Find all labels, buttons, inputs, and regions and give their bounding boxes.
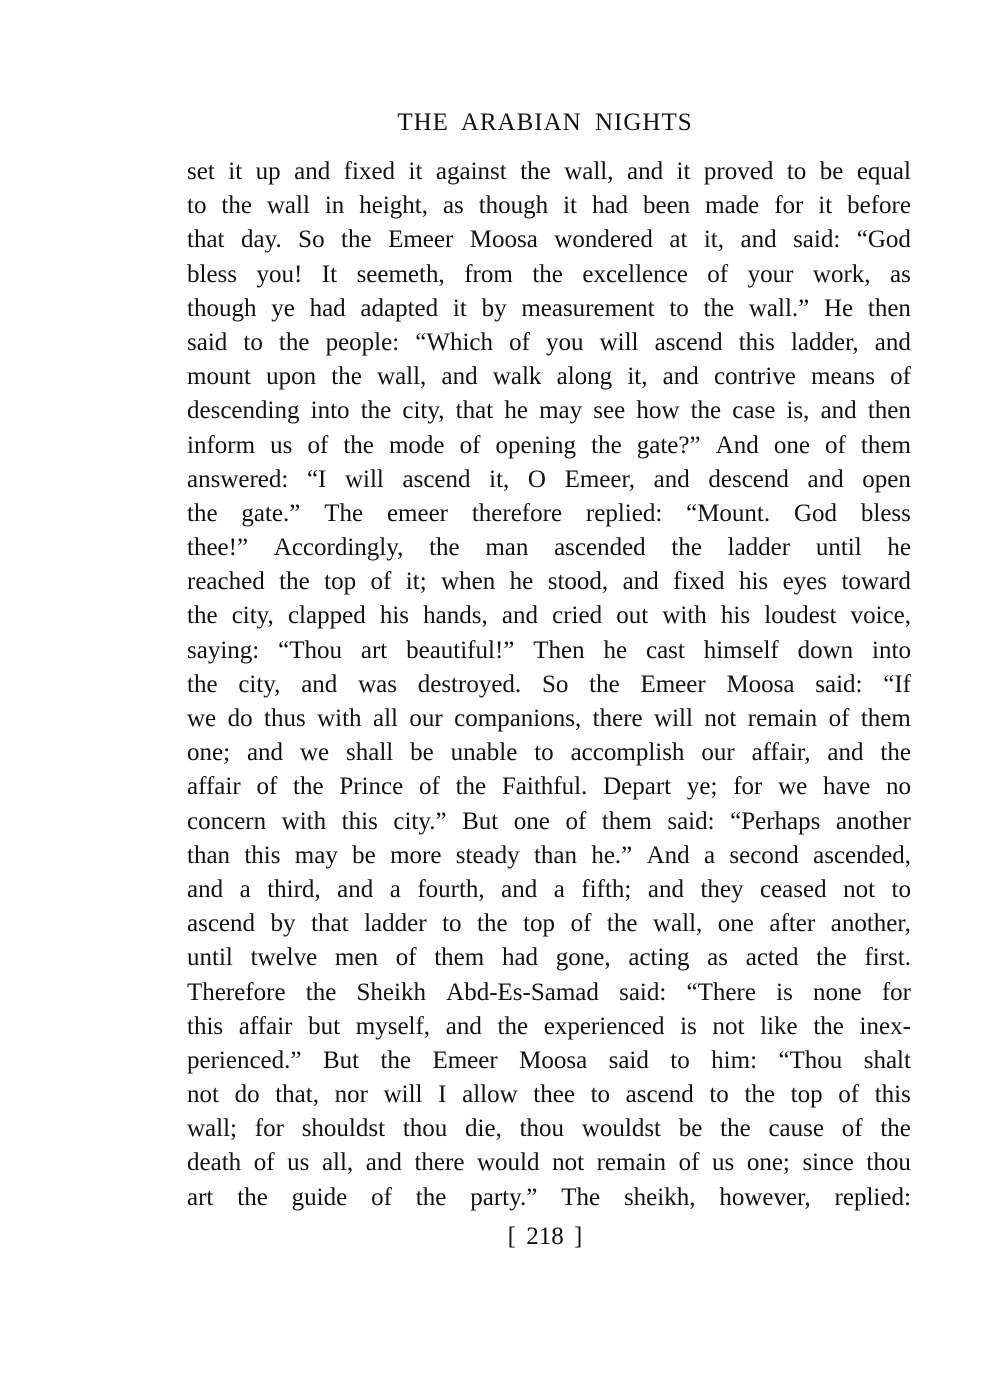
text-line: thee!”Accordingly,themanascendedtheladde… — [187, 531, 911, 565]
text-line: untiltwelvemenofthemhadgone,actingasacte… — [187, 941, 911, 975]
book-page: THE ARABIAN NIGHTS setitupandfixeditagai… — [0, 0, 1006, 1373]
text-line: thanthismaybemoresteadythanhe.”Andasecon… — [187, 839, 911, 873]
text-line: answered:“Iwillascendit,OEmeer,anddescen… — [187, 463, 911, 497]
text-line: blessyou!Itseemeth,fromtheexcellenceofyo… — [187, 258, 911, 292]
text-line: thegate.”Theemeerthereforereplied:“Mount… — [187, 497, 911, 531]
text-line: descendingintothecity,thathemayseehowthe… — [187, 394, 911, 428]
text-line: saidtothepeople:“Whichofyouwillascendthi… — [187, 326, 911, 360]
text-line: tothewallinheight,asthoughithadbeenmadef… — [187, 189, 911, 223]
page-number: [ 218 ] — [0, 1222, 1006, 1252]
text-line: wall;forshouldstthoudie,thouwouldstbethe… — [187, 1112, 911, 1146]
text-line: arttheguideoftheparty.”Thesheikh,however… — [187, 1181, 911, 1215]
text-line: wedothuswithallourcompanions,therewillno… — [187, 702, 911, 736]
text-line: perienced.”ButtheEmeerMoosasaidtohim:“Th… — [187, 1044, 911, 1078]
text-line: thisaffairbutmyself,andtheexperiencedisn… — [187, 1010, 911, 1044]
text-line: notdothat,norwillIallowtheetoascendtothe… — [187, 1078, 911, 1112]
text-line: mountuponthewall,andwalkalongit,andcontr… — [187, 360, 911, 394]
text-line: ThereforetheSheikhAbd-Es-Samadsaid:“Ther… — [187, 976, 911, 1010]
text-line: ascendbythatladdertothetopofthewall,onea… — [187, 907, 911, 941]
text-line: andathird,andafourth,andafifth;andtheyce… — [187, 873, 911, 907]
text-line: saying:“Thouartbeautiful!”Thenhecasthims… — [187, 634, 911, 668]
body-text: setitupandfixeditagainstthewall,anditpro… — [187, 155, 911, 1215]
text-line: thatday.SotheEmeerMoosawonderedatit,ands… — [187, 223, 911, 257]
text-line: thecity,andwasdestroyed.SotheEmeerMoosas… — [187, 668, 911, 702]
text-line: informusofthemodeofopeningthegate?”Andon… — [187, 429, 911, 463]
text-line: thecity,clappedhishands,andcriedoutwithh… — [187, 599, 911, 633]
text-line: affairofthePrinceoftheFaithful.Departye;… — [187, 770, 911, 804]
running-head: THE ARABIAN NIGHTS — [0, 108, 1006, 138]
text-line: one;andweshallbeunabletoaccomplishouraff… — [187, 736, 911, 770]
text-line: thoughyehadadapteditbymeasurementtothewa… — [187, 292, 911, 326]
text-line: concernwiththiscity.”Butoneofthemsaid:“P… — [187, 805, 911, 839]
text-line: deathofusall,andtherewouldnotremainofuso… — [187, 1146, 911, 1180]
text-line: setitupandfixeditagainstthewall,anditpro… — [187, 155, 911, 189]
text-line: reachedthetopofit;whenhestood,andfixedhi… — [187, 565, 911, 599]
